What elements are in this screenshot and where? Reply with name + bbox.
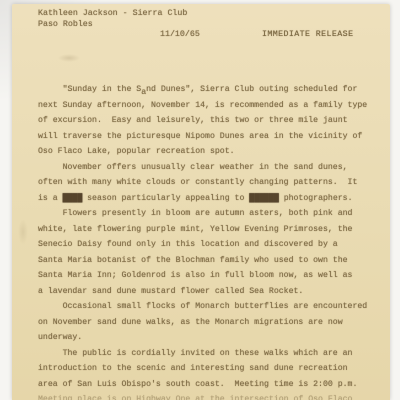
typewritten-line: next Sunday afternoon, November 14, is r… xyxy=(38,98,370,114)
paragraph: "Sunday in the Sand Dunes", Sierra Club … xyxy=(38,82,370,160)
typewritten-line: The public is cordially invited on these… xyxy=(38,346,370,362)
typewritten-line: will traverse the picturesque Nipomo Dun… xyxy=(38,129,370,145)
typewritten-line: Meeting place is on Highway One at the i… xyxy=(38,392,370,400)
typewritten-line: introduction to the scenic and interesti… xyxy=(38,361,370,377)
struck-out-word: ██████ xyxy=(249,194,278,203)
date-stamp: 11/10/65 xyxy=(160,30,200,41)
ink-smudge xyxy=(58,54,80,62)
typewritten-line: a lavendar sand dune mustard flower call… xyxy=(38,284,370,300)
location-line: Paso Robles xyxy=(12,20,390,31)
typewritten-line: November offers unusually clear weather … xyxy=(38,160,370,176)
press-release-header: Kathleen Jackson - Sierra Club Paso Robl… xyxy=(12,9,390,41)
press-release-body: "Sunday in the Sand Dunes", Sierra Club … xyxy=(12,82,390,400)
typewritten-line: often with many white clouds or constant… xyxy=(38,175,370,191)
typewritten-line: white, late flowering purple mint, Yello… xyxy=(38,222,370,238)
paragraph: November offers unusually clear weather … xyxy=(38,160,370,207)
release-label: IMMEDIATE RELEASE xyxy=(262,30,353,41)
author-line: Kathleen Jackson - Sierra Club xyxy=(12,9,390,20)
typewritten-line: "Sunday in the Sand Dunes", Sierra Club … xyxy=(38,82,370,98)
paragraph: Flowers presently in bloom are autumn as… xyxy=(38,206,370,299)
typewritten-line: Senecio Daisy found only in this locatio… xyxy=(38,237,370,253)
dropped-letter-a: a xyxy=(141,88,146,97)
typewritten-line: is a ████ season particularly appealing … xyxy=(38,191,370,207)
typewritten-line: Occasional small flocks of Monarch butte… xyxy=(38,299,370,315)
typewritten-line: Santa Maria botanist of the Blochman fam… xyxy=(38,253,370,269)
typewritten-line: area of San Luis Obispo's south coast. M… xyxy=(38,377,370,393)
typewritten-line: Santa Maria Inn; Goldenrod is also in fu… xyxy=(38,268,370,284)
paragraph: The public is cordially invited on these… xyxy=(38,346,370,400)
date-release-row: 11/10/65 IMMEDIATE RELEASE xyxy=(12,30,390,41)
struck-out-word: ████ xyxy=(63,194,83,203)
typewritten-line: of excursion. Easy and leisurely, this t… xyxy=(38,113,370,129)
typewritten-line: underway. xyxy=(38,330,370,346)
paragraph: Occasional small flocks of Monarch butte… xyxy=(38,299,370,346)
document-page: Kathleen Jackson - Sierra Club Paso Robl… xyxy=(12,4,390,400)
typewritten-line: Flowers presently in bloom are autumn as… xyxy=(38,206,370,222)
typewritten-line: on November sand dune walks, as the Mona… xyxy=(38,315,370,331)
typewritten-line: Oso Flaco Lake, popular recreation spot. xyxy=(38,144,370,160)
